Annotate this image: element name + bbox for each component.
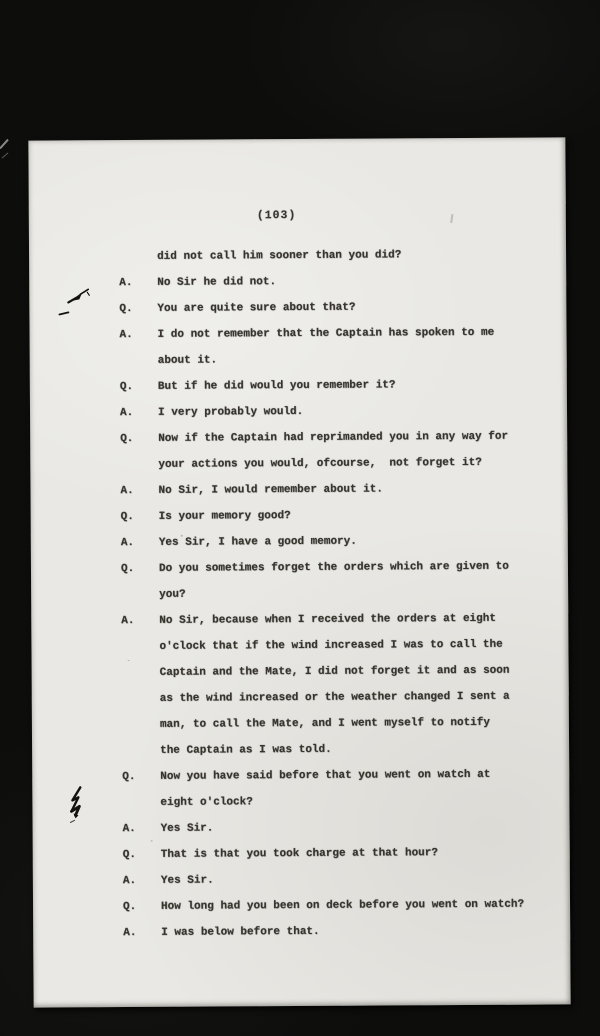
speaker-label: A. bbox=[123, 920, 136, 946]
transcript-line: Q. That is that you took charge at that … bbox=[33, 839, 570, 868]
speaker-label: Q. bbox=[121, 504, 134, 530]
transcript-line: A. Yes Sir. bbox=[33, 865, 570, 894]
speaker-label: A. bbox=[120, 478, 133, 504]
speaker-label: Q. bbox=[123, 894, 136, 920]
line-text: as the wind increased or the weather cha… bbox=[160, 684, 510, 712]
transcript-line: the Captain as I was told. bbox=[32, 735, 569, 764]
transcript: did not call him sooner than you did? A.… bbox=[29, 241, 570, 946]
film-scratch bbox=[0, 139, 9, 149]
scanned-photo-frame: (103) did not call him sooner than you d… bbox=[0, 0, 600, 1036]
line-text: That is that you took charge at that hou… bbox=[161, 840, 438, 868]
speaker-label: Q. bbox=[120, 426, 133, 452]
film-scratch bbox=[2, 153, 9, 159]
line-text: No Sir, I would remember about it. bbox=[158, 476, 383, 503]
line-text: o'clock that if the wind increased I was… bbox=[159, 632, 502, 660]
speaker-label: Q. bbox=[121, 556, 134, 582]
line-text: about it. bbox=[158, 347, 218, 373]
speaker-label: A. bbox=[122, 816, 135, 842]
line-text: Yes Sir. bbox=[161, 868, 214, 894]
transcript-line: man, to call the Mate, and I went myself… bbox=[32, 709, 569, 738]
transcript-line: Q. You are quite sure about that? bbox=[29, 293, 566, 322]
transcript-line: A. No Sir he did not. bbox=[29, 267, 566, 296]
speaker-label: A. bbox=[119, 322, 132, 348]
line-text: I very probably would. bbox=[158, 399, 303, 426]
transcript-line: A. Yes Sir, I have a good memory. bbox=[31, 527, 568, 556]
transcript-line: A. I was below before that. bbox=[33, 917, 570, 946]
transcript-line: about it. bbox=[30, 345, 567, 374]
stray-ink-tick bbox=[450, 214, 453, 223]
line-text: But if he did would you remember it? bbox=[158, 372, 396, 399]
document-page: (103) did not call him sooner than you d… bbox=[28, 137, 570, 1007]
line-text: I do not remember that the Captain has s… bbox=[157, 320, 494, 348]
speaker-label: Q. bbox=[122, 764, 135, 790]
line-text: Captain and the Mate, I did not forget i… bbox=[160, 658, 510, 686]
transcript-line: A. Yes Sir. bbox=[32, 813, 569, 842]
speaker-label: Q. bbox=[120, 374, 133, 400]
transcript-line: Q. Now if the Captain had reprimanded yo… bbox=[30, 423, 567, 452]
transcript-line: did not call him sooner than you did? bbox=[29, 241, 566, 270]
page-number: (103) bbox=[257, 209, 297, 222]
line-text: the Captain as I was told. bbox=[160, 737, 332, 764]
transcript-line: Q. Is your memory good? bbox=[31, 501, 568, 530]
line-text: Now you have said before that you went o… bbox=[160, 762, 490, 790]
line-text: I was below before that. bbox=[161, 919, 320, 946]
line-text: Do you sometimes forget the orders which… bbox=[159, 554, 509, 582]
line-text: You are quite sure about that? bbox=[157, 295, 355, 322]
line-text: Yes Sir. bbox=[160, 816, 213, 842]
line-text: eight o'clock? bbox=[160, 789, 253, 816]
line-text: How long had you been on deck before you… bbox=[161, 892, 524, 920]
line-text: you? bbox=[159, 582, 186, 608]
speaker-label: A. bbox=[121, 530, 134, 556]
speaker-label: Q. bbox=[123, 842, 136, 868]
transcript-line: Q. How long had you been on deck before … bbox=[33, 891, 570, 920]
speaker-label: A. bbox=[121, 608, 134, 634]
transcript-line: Q. Do you sometimes forget the orders wh… bbox=[31, 553, 568, 582]
transcript-line: A. I very probably would. bbox=[30, 397, 567, 426]
transcript-line: eight o'clock? bbox=[32, 787, 569, 816]
transcript-line: A. I do not remember that the Captain ha… bbox=[29, 319, 566, 348]
line-text: did not call him sooner than you did? bbox=[157, 242, 401, 269]
transcript-line: as the wind increased or the weather cha… bbox=[32, 683, 569, 712]
line-text: No Sir, because when I received the orde… bbox=[159, 606, 496, 634]
speaker-label: A. bbox=[119, 270, 132, 296]
speaker-label: A. bbox=[120, 400, 133, 426]
speaker-label: A. bbox=[123, 868, 136, 894]
line-text: Yes Sir, I have a good memory. bbox=[159, 529, 357, 556]
transcript-line: o'clock that if the wind increased I was… bbox=[31, 631, 568, 660]
line-text: your actions you would, ofcourse, not fo… bbox=[158, 450, 482, 478]
line-text: Now if the Captain had reprimanded you i… bbox=[158, 424, 508, 452]
speaker-label: Q. bbox=[119, 296, 132, 322]
line-text: man, to call the Mate, and I went myself… bbox=[160, 710, 490, 738]
transcript-line: Q. Now you have said before that you wen… bbox=[32, 761, 569, 790]
transcript-line: Q. But if he did would you remember it? bbox=[30, 371, 567, 400]
transcript-line: your actions you would, ofcourse, not fo… bbox=[30, 449, 567, 478]
transcript-line: Captain and the Mate, I did not forget i… bbox=[32, 657, 569, 686]
line-text: Is your memory good? bbox=[159, 503, 291, 530]
transcript-line: you? bbox=[31, 579, 568, 608]
transcript-line: A. No Sir, I would remember about it. bbox=[30, 475, 567, 504]
transcript-line: A. No Sir, because when I received the o… bbox=[31, 605, 568, 634]
line-text: No Sir he did not. bbox=[157, 269, 276, 296]
